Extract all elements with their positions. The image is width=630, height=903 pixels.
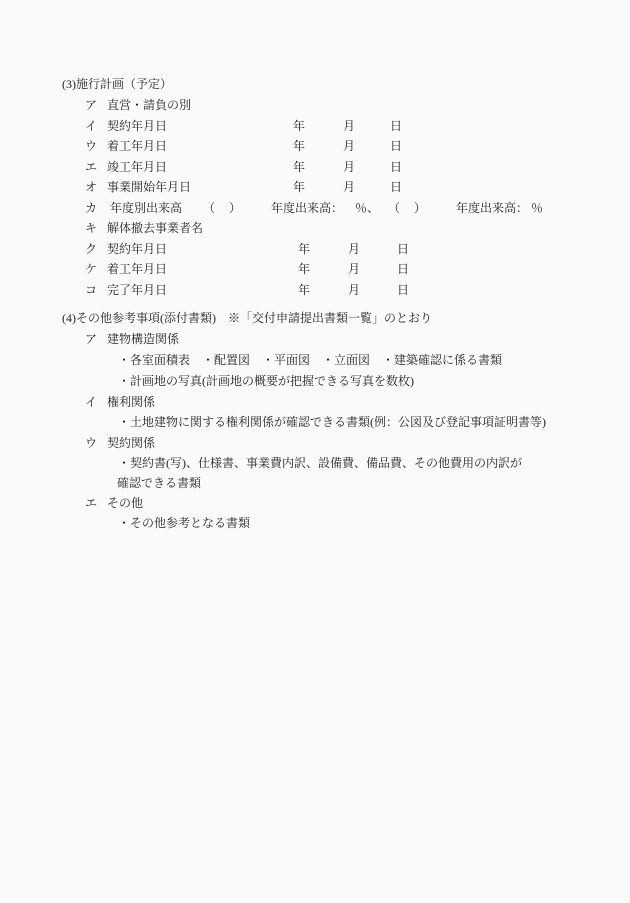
unit-day: 日: [397, 259, 409, 279]
unit-month: 月: [348, 280, 360, 300]
section3-row-o: オ 事業開始年月日 年 月 日: [0, 177, 630, 197]
item-label: 着工年月日: [107, 136, 167, 156]
section3-row-e: エ 竣工年月日 年 月 日: [0, 157, 630, 177]
unit-year: 年: [293, 116, 305, 136]
section4-group-e-header: エ その他: [0, 493, 630, 513]
item-number: ア: [85, 95, 97, 115]
unit-day: 日: [397, 280, 409, 300]
section4-group-i-header: イ 権利関係: [0, 392, 630, 412]
unit-month: 月: [343, 177, 355, 197]
item-label: 事業開始年月日: [107, 177, 191, 197]
bullet-item-continuation: 確認できる書類: [117, 473, 201, 493]
item-number: エ: [85, 493, 97, 513]
item-number: カ: [85, 198, 97, 218]
item-label: 竣工年月日: [107, 157, 167, 177]
attachment-continuation-line: 確認できる書類: [0, 473, 630, 493]
paren-close: ）: [229, 198, 241, 218]
unit-day: 日: [390, 136, 402, 156]
unit-month: 月: [343, 136, 355, 156]
bullet-item: ・契約書(写)、仕様書、事業費内訳、設備費、備品費、その他費用の内訳が: [118, 453, 522, 473]
item-label: 着工年月日: [107, 259, 167, 279]
section4-heading-line: (4)その他参考事項(添付書類) ※「交付申請提出書類一覧」のとおり: [0, 308, 630, 328]
unit-year: 年: [298, 239, 310, 259]
item-label: 解体撤去事業者名: [107, 218, 203, 238]
item-label: 直営・請負の別: [107, 95, 191, 115]
progress-label: 年度出来高：: [271, 198, 343, 218]
item-number: オ: [85, 177, 97, 197]
item-number: エ: [85, 157, 97, 177]
section3-row-ke: ケ 着工年月日 年 月 日: [0, 259, 630, 279]
item-label: 年度別出来高: [110, 198, 182, 218]
section3-heading-line: (3)施行計画（予定）: [0, 74, 630, 94]
section4-heading: (4)その他参考事項(添付書類) ※「交付申請提出書類一覧」のとおり: [62, 308, 432, 328]
unit-month: 月: [343, 157, 355, 177]
item-label: 建物構造関係: [107, 329, 179, 349]
item-number: ケ: [85, 259, 97, 279]
item-label: 契約年月日: [107, 239, 167, 259]
item-label: 契約年月日: [107, 116, 167, 136]
item-number: キ: [85, 218, 97, 238]
document-page: (3)施行計画（予定） ア 直営・請負の別 イ 契約年月日 年 月 日 ウ 着工…: [0, 0, 630, 903]
unit-year: 年: [293, 157, 305, 177]
section3-heading: (3)施行計画（予定）: [62, 74, 172, 94]
progress-label: 年度出来高：: [456, 198, 528, 218]
unit-year: 年: [293, 136, 305, 156]
percent-sign: ％、: [355, 198, 379, 218]
item-number: ウ: [85, 433, 97, 453]
percent-sign: ％: [531, 198, 543, 218]
unit-year: 年: [293, 177, 305, 197]
bullet-item: ・計画地の写真(計画地の概要が把握できる写真を数枚): [118, 371, 414, 391]
item-label: 権利関係: [107, 392, 155, 412]
unit-day: 日: [390, 157, 402, 177]
unit-day: 日: [390, 177, 402, 197]
bullet-item: ・各室面積表 ・配置図 ・平面図 ・立面図 ・建築確認に係る書類: [118, 350, 502, 370]
paren-open: （: [203, 198, 215, 218]
section3-row-ka: カ 年度別出来高 （ ） 年度出来高： ％、 （ ） 年度出来高： ％: [0, 198, 630, 218]
unit-year: 年: [298, 259, 310, 279]
bullet-item: ・土地建物に関する権利関係が確認できる書類(例：公図及び登記事項証明書等): [118, 412, 546, 432]
unit-month: 月: [348, 239, 360, 259]
item-label: その他: [107, 493, 143, 513]
item-number: ア: [85, 329, 97, 349]
section3-row-a: ア 直営・請負の別: [0, 95, 630, 115]
unit-day: 日: [390, 116, 402, 136]
section3-row-ki: キ 解体撤去事業者名: [0, 218, 630, 238]
attachment-bullet-line: ・各室面積表 ・配置図 ・平面図 ・立面図 ・建築確認に係る書類: [0, 350, 630, 370]
section3-row-u: ウ 着工年月日 年 月 日: [0, 136, 630, 156]
paren-open: （: [388, 198, 400, 218]
bullet-item: ・その他参考となる書類: [118, 513, 250, 533]
unit-month: 月: [343, 116, 355, 136]
item-label: 契約関係: [107, 433, 155, 453]
item-label: 完了年月日: [107, 280, 167, 300]
section4-group-u-header: ウ 契約関係: [0, 433, 630, 453]
item-number: ク: [85, 239, 97, 259]
section3-row-ku: ク 契約年月日 年 月 日: [0, 239, 630, 259]
section3-row-i: イ 契約年月日 年 月 日: [0, 116, 630, 136]
unit-day: 日: [397, 239, 409, 259]
paren-close: ）: [414, 198, 426, 218]
attachment-bullet-line: ・その他参考となる書類: [0, 513, 630, 533]
unit-year: 年: [298, 280, 310, 300]
section4-group-a-header: ア 建物構造関係: [0, 329, 630, 349]
attachment-bullet-line: ・契約書(写)、仕様書、事業費内訳、設備費、備品費、その他費用の内訳が: [0, 453, 630, 473]
item-number: イ: [85, 392, 97, 412]
attachment-bullet-line: ・土地建物に関する権利関係が確認できる書類(例：公図及び登記事項証明書等): [0, 412, 630, 432]
item-number: ウ: [85, 136, 97, 156]
item-number: イ: [85, 116, 97, 136]
section3-row-ko: コ 完了年月日 年 月 日: [0, 280, 630, 300]
attachment-bullet-line: ・計画地の写真(計画地の概要が把握できる写真を数枚): [0, 371, 630, 391]
unit-month: 月: [348, 259, 360, 279]
item-number: コ: [85, 280, 97, 300]
